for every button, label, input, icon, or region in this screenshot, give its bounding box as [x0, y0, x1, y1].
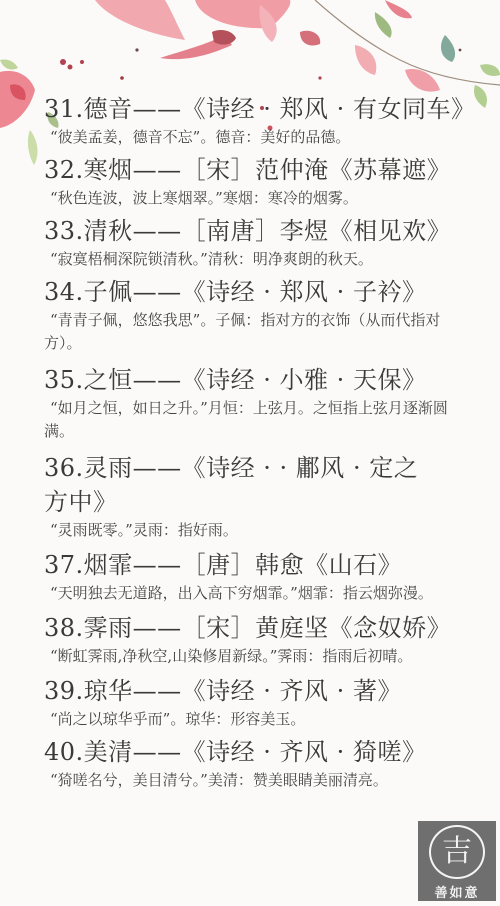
entry-title: 35.之恒——《诗经 · 小雅 · 天保》: [44, 363, 464, 397]
entry-34: 34.子佩——《诗经 · 郑风 · 子衿》 “青青子佩，悠悠我思”。子佩：指对方…: [44, 275, 464, 355]
entry-36: 36.灵雨——《诗经 · · 鄘风 · 定之方中》 “灵雨既零。”灵雨：指好雨。: [44, 451, 464, 542]
entry-description: “秋色连波，波上寒烟翠。”寒烟：寒冷的烟雾。: [44, 187, 464, 210]
entry-38: 38.霁雨——［宋］黄庭坚《念奴娇》 “断虹霁雨,净秋空,山染修眉新绿。”霁雨：…: [44, 611, 464, 668]
entry-description: “断虹霁雨,净秋空,山染修眉新绿。”霁雨：指雨后初晴。: [44, 645, 464, 668]
entry-title: 39.琼华——《诗经 · 齐风 · 著》: [44, 674, 464, 708]
entry-40: 40.美清——《诗经 · 齐风 · 猗嗟》 “猗嗟名兮，美目清兮。”美清：赞美眼…: [44, 735, 464, 792]
entry-37: 37.烟霏——［唐］韩愈《山石》 “天明独去无道路，出入高下穷烟霏。”烟霏：指云…: [44, 548, 464, 605]
entry-title: 31.德音——《诗经 · 郑风 · 有女同车》: [44, 92, 464, 126]
entry-description: “灵雨既零。”灵雨：指好雨。: [44, 519, 464, 542]
entry-description: “天明独去无道路，出入高下穷烟霏。”烟霏：指云烟弥漫。: [44, 582, 464, 605]
entry-description: “猗嗟名兮，美目清兮。”美清：赞美眼睛美丽清亮。: [44, 769, 464, 792]
entry-description: “寂寞梧桐深院锁清秋。”清秋：明净爽朗的秋天。: [44, 248, 464, 271]
entry-description: “青青子佩，悠悠我思”。子佩：指对方的衣饰（从而代指对方）。: [44, 309, 464, 355]
auspicious-emblem-icon: 吉: [429, 825, 485, 879]
entry-title: 34.子佩——《诗经 · 郑风 · 子衿》: [44, 275, 464, 309]
entry-description: “如月之恒，如日之升。”月恒：上弦月。之恒指上弦月逐渐圆满。: [44, 397, 464, 443]
watermark-logo: 吉 善如意: [418, 821, 496, 901]
entry-31: 31.德音——《诗经 · 郑风 · 有女同车》 “彼美孟姜，德音不忘”。德音：美…: [44, 92, 464, 149]
entry-description: “尚之以琼华乎而”。琼华：形容美玉。: [44, 708, 464, 731]
entry-39: 39.琼华——《诗经 · 齐风 · 著》 “尚之以琼华乎而”。琼华：形容美玉。: [44, 674, 464, 731]
entry-33: 33.清秋——［南唐］李煜《相见欢》 “寂寞梧桐深院锁清秋。”清秋：明净爽朗的秋…: [44, 214, 464, 271]
entry-title: 33.清秋——［南唐］李煜《相见欢》: [44, 214, 464, 248]
entry-title: 38.霁雨——［宋］黄庭坚《念奴娇》: [44, 611, 464, 645]
entry-title: 37.烟霏——［唐］韩愈《山石》: [44, 548, 464, 582]
watermark-text: 善如意: [434, 882, 479, 901]
entry-title: 40.美清——《诗经 · 齐风 · 猗嗟》: [44, 735, 464, 769]
entry-description: “彼美孟姜，德音不忘”。德音：美好的品德。: [44, 126, 464, 149]
entry-title: 32.寒烟——［宋］范仲淹《苏幕遮》: [44, 153, 464, 187]
entry-32: 32.寒烟——［宋］范仲淹《苏幕遮》 “秋色连波，波上寒烟翠。”寒烟：寒冷的烟雾…: [44, 153, 464, 210]
word-list: 31.德音——《诗经 · 郑风 · 有女同车》 “彼美孟姜，德音不忘”。德音：美…: [44, 92, 464, 796]
entry-title: 36.灵雨——《诗经 · · 鄘风 · 定之方中》: [44, 451, 439, 519]
entry-35: 35.之恒——《诗经 · 小雅 · 天保》 “如月之恒，如日之升。”月恒：上弦月…: [44, 363, 464, 443]
